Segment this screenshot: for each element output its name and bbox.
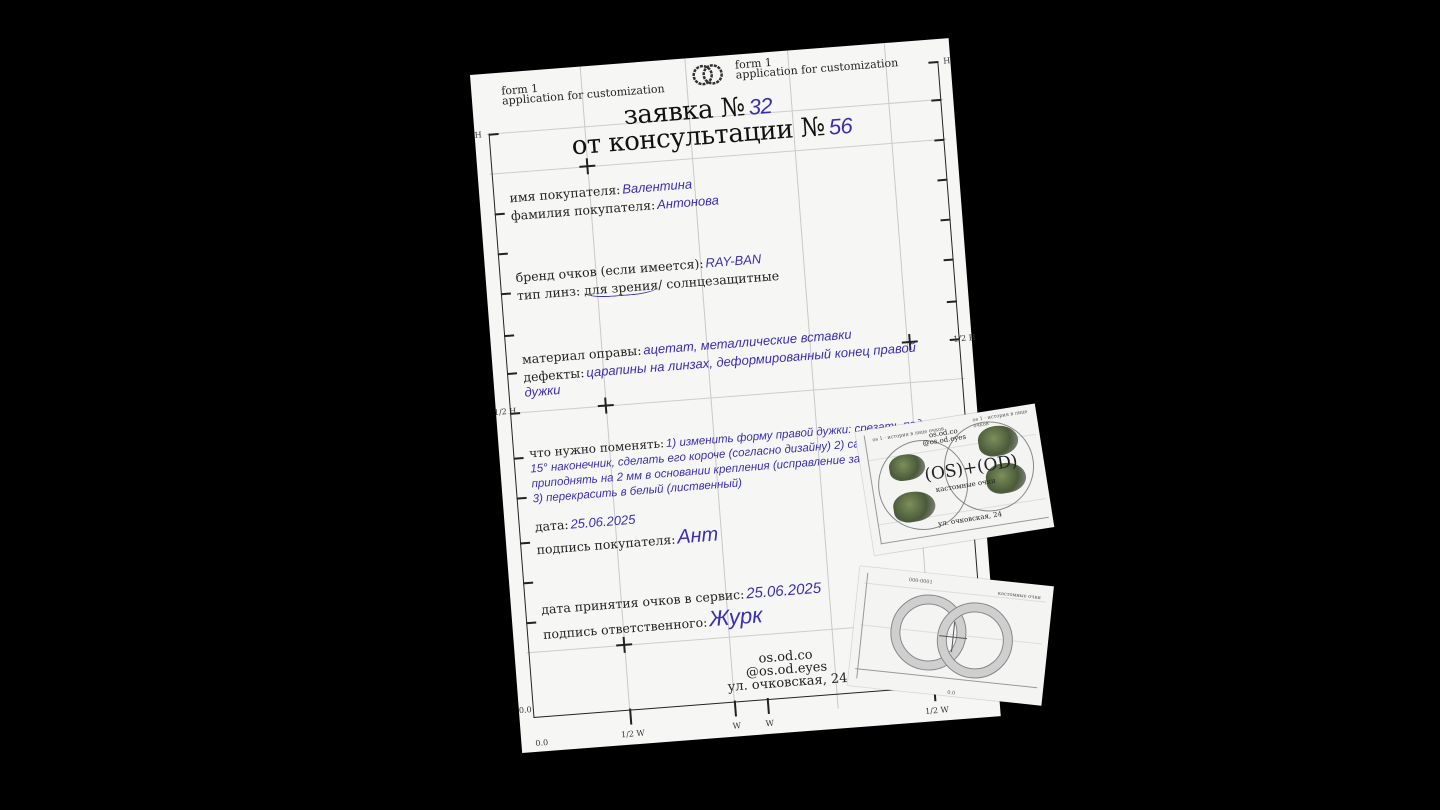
axis-label-w: W (732, 721, 741, 731)
axis-label-half-w: 1/2 W (925, 705, 949, 716)
card-origin-label: 0.0 (947, 690, 956, 697)
lens-option-vision[interactable]: для зрения (583, 277, 658, 299)
card-serial: 000-0001 (908, 577, 932, 585)
axis-label-w: W (765, 719, 774, 729)
customer-signature[interactable]: Ант (676, 523, 719, 548)
business-card-back: 000-0001 кастомные очки 0.0 (847, 566, 1053, 706)
axis-label-half-w: 1/2 W (621, 729, 645, 740)
form-footer: os.od.co @os.od.eyes ул. очковская, 24 (725, 646, 848, 694)
responsible-signature[interactable]: Журк (708, 602, 763, 631)
last-name-value[interactable]: Антонова (657, 192, 720, 212)
business-card-front: os 1 · история в лице очков os 1 · истор… (855, 404, 1054, 556)
service-date-value[interactable]: 25.06.2025 (746, 580, 822, 603)
axis-label-h: H (474, 130, 482, 140)
axis-label-half-h: 1/2 H (494, 406, 517, 417)
axis-label-origin: 0.0 (519, 705, 532, 715)
form-header-right: form 1 application for customization (735, 48, 899, 80)
brand-value[interactable]: RAY-BAN (705, 251, 762, 270)
axis-label-h: H (943, 56, 951, 66)
interlocked-rings-graphic-icon (879, 583, 1028, 687)
axis-right (937, 61, 983, 647)
axis-label-origin: 0.0 (535, 738, 548, 748)
axis-label-half-h: 1/2 H (953, 333, 976, 344)
first-name-value[interactable]: Валентина (622, 176, 693, 196)
date-value[interactable]: 25.06.2025 (570, 512, 636, 532)
interlocked-rings-logo-icon (690, 61, 726, 88)
consultation-number[interactable]: 56 (828, 113, 853, 140)
